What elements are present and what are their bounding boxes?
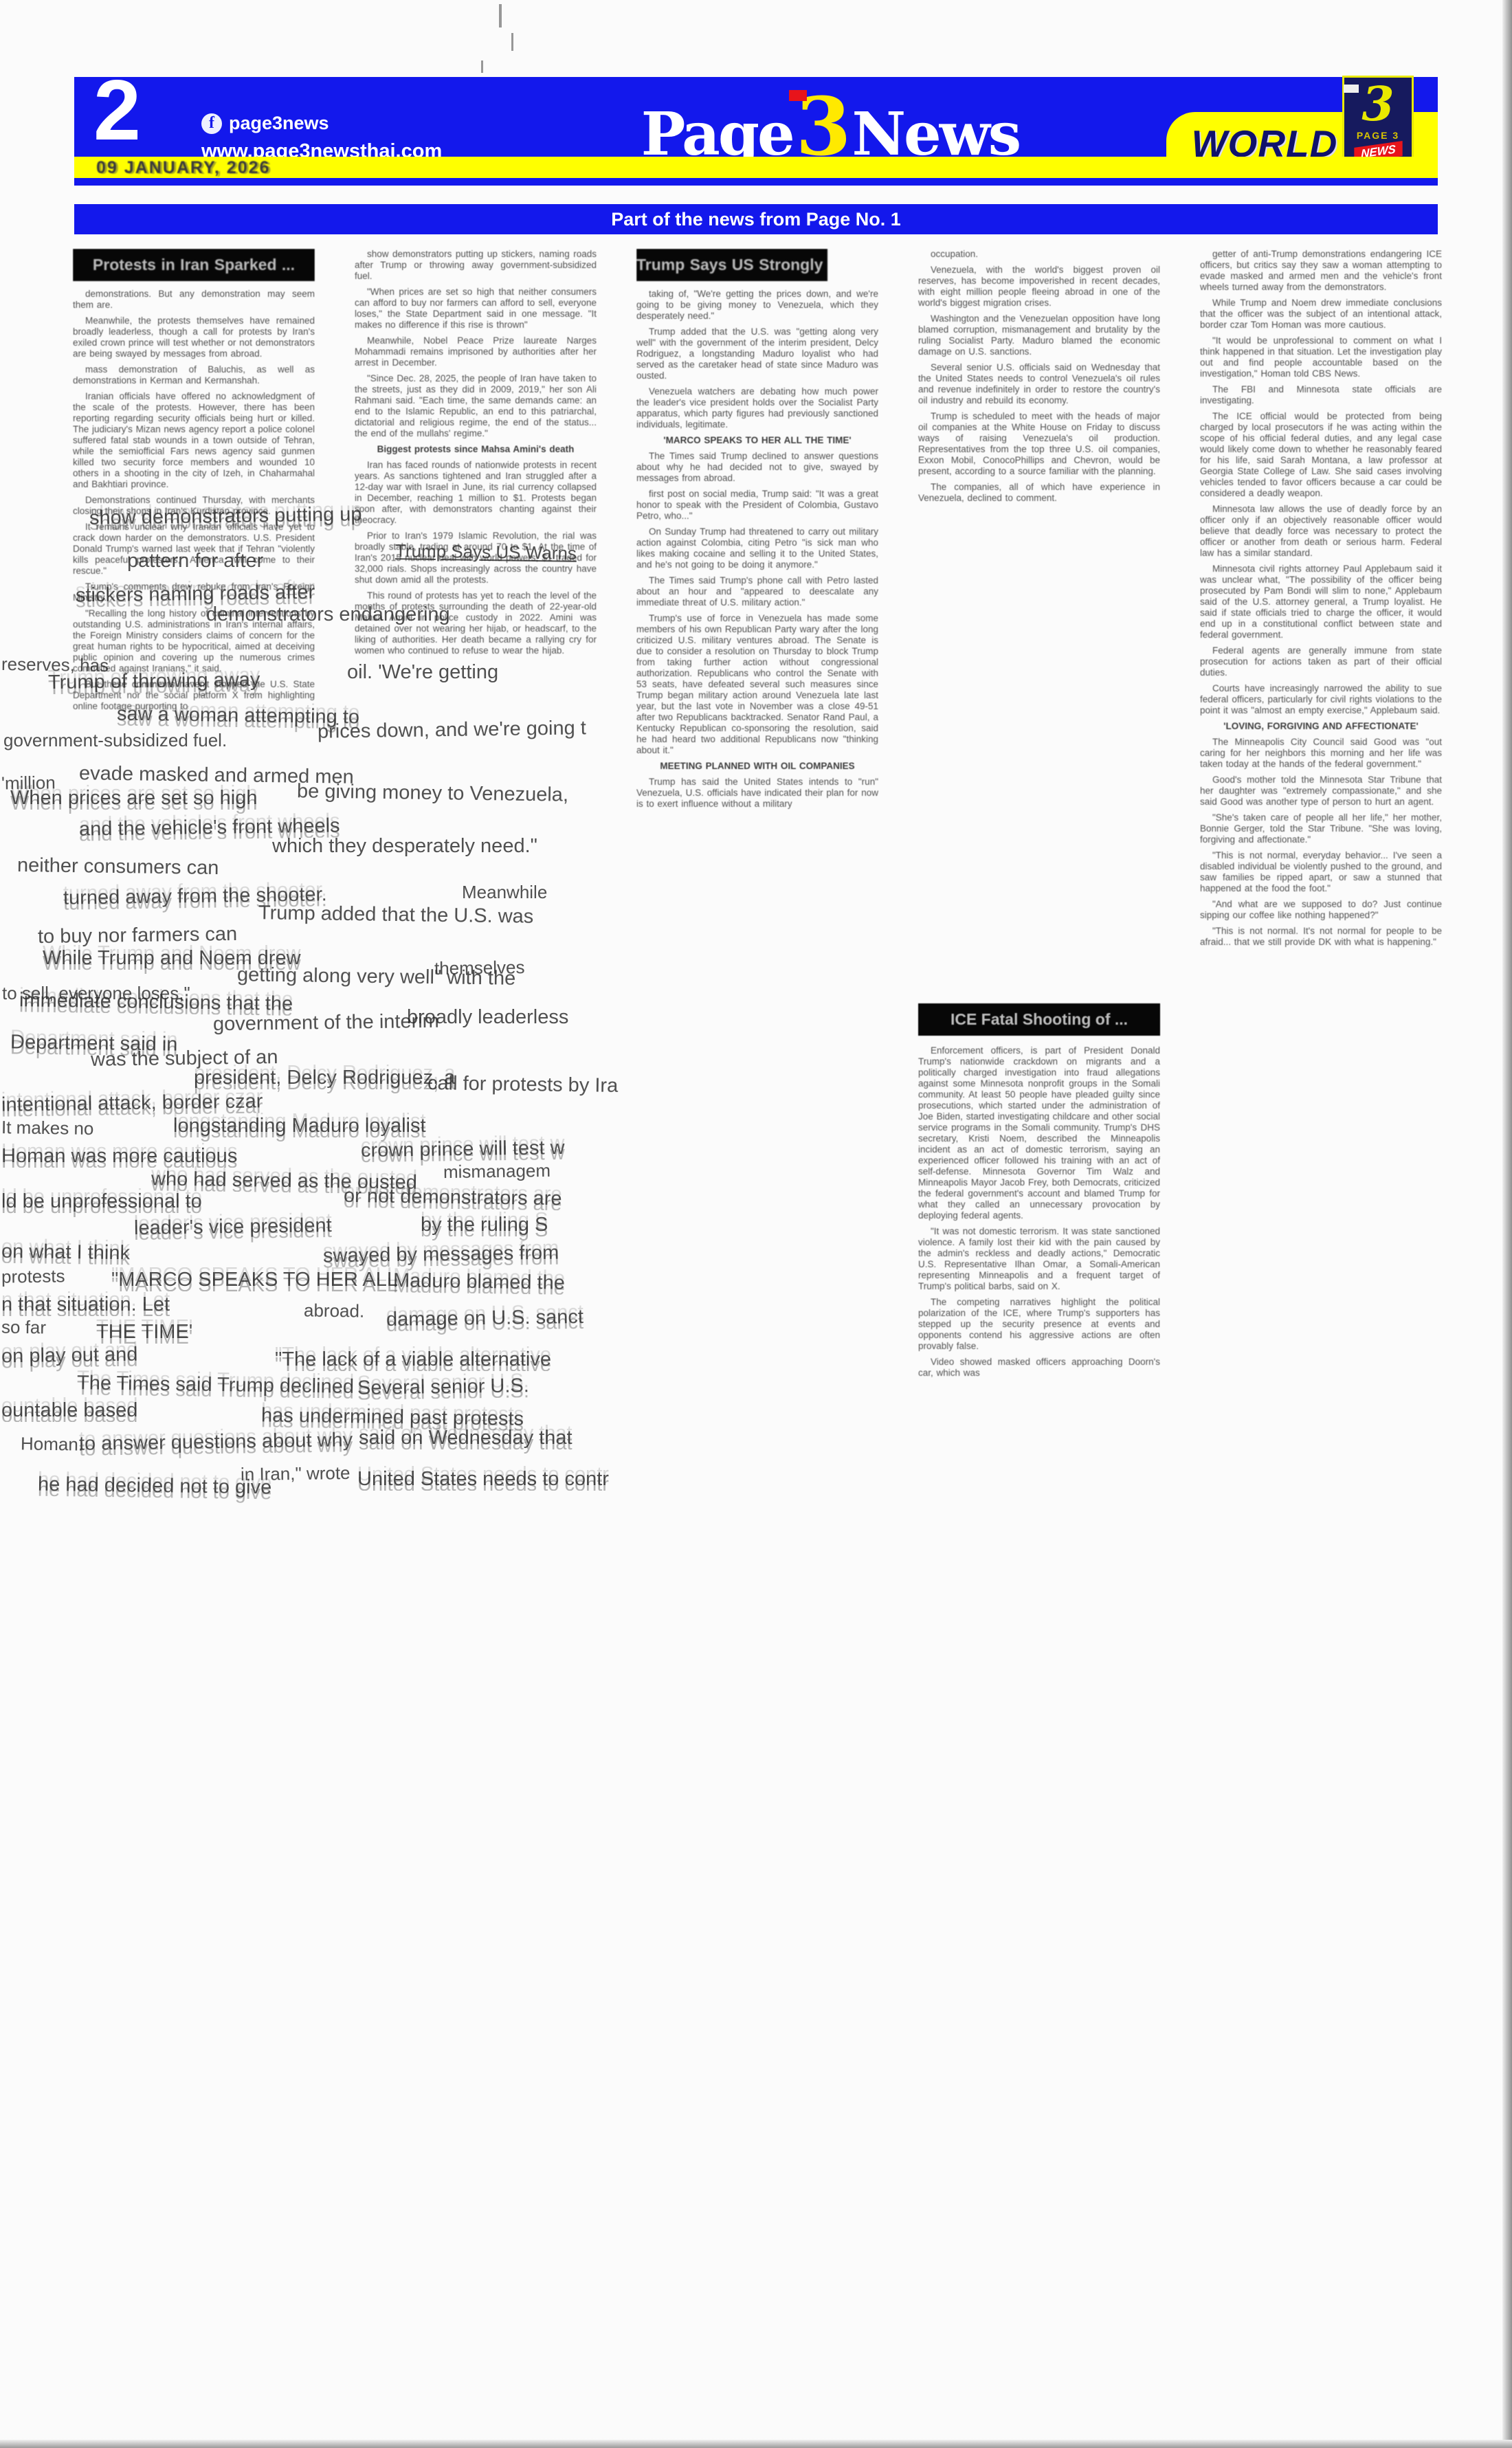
facebook-icon: f bbox=[201, 113, 222, 134]
column-4-bottom: Enforcement officers, is part of Preside… bbox=[918, 1045, 1160, 2419]
paragraph: On Sunday Trump had threatened to carry … bbox=[636, 526, 878, 570]
logo-red-flag bbox=[789, 90, 807, 101]
column-4-top-text: occupation.Venezuela, with the world's b… bbox=[918, 249, 1160, 504]
paragraph: Several senior U.S. officials said on We… bbox=[918, 362, 1160, 406]
paragraph: It remains unclear why Iranian officials… bbox=[73, 522, 315, 577]
glitch-text-fragment: 'million bbox=[1, 772, 56, 794]
badge-flag bbox=[1344, 85, 1359, 93]
column-1-text: demonstrations. But any demonstration ma… bbox=[73, 289, 315, 712]
paragraph: "Recalling the long history of criminal … bbox=[73, 608, 315, 674]
paragraph: Trump's comments drew rebuke from Iran's… bbox=[73, 581, 315, 603]
paragraph: Washington and the Venezuelan opposition… bbox=[918, 313, 1160, 357]
column-1: Protests in Iran Sparked ... demonstrati… bbox=[73, 249, 315, 2419]
paragraph: The Times said Trump declined to answer … bbox=[636, 451, 878, 484]
paragraph: Biggest protests since Mahsa Amini's dea… bbox=[355, 444, 597, 455]
paragraph: Video showed masked officers approaching… bbox=[918, 1357, 1160, 1379]
paragraph: MEETING PLANNED WITH OIL COMPANIES bbox=[636, 761, 878, 772]
paragraph: "When prices are set so high that neithe… bbox=[355, 287, 597, 331]
paragraph: "This is not normal, everyday behavior..… bbox=[1200, 850, 1442, 894]
paragraph: Trump's use of force in Venezuela has ma… bbox=[636, 613, 878, 756]
column-3-text: taking of, "We're getting the prices dow… bbox=[636, 289, 878, 810]
date-strip: 09 JANUARY, 2026 bbox=[74, 157, 1438, 178]
scan-artifact bbox=[511, 33, 513, 51]
page-edge-bottom bbox=[0, 2440, 1512, 2448]
column-2-text: show demonstrators putting up stickers, … bbox=[355, 249, 597, 656]
paragraph: "It was not domestic terrorism. It was s… bbox=[918, 1226, 1160, 1292]
paragraph: Enforcement officers, is part of Preside… bbox=[918, 1045, 1160, 1221]
paragraph: Trump has said the United States intends… bbox=[636, 777, 878, 810]
paragraph: demonstrations. But any demonstration ma… bbox=[73, 289, 315, 311]
paragraph: mass demonstration of Baluchis, as well … bbox=[73, 364, 315, 386]
paragraph: 'LOVING, FORGIVING AND AFFECTIONATE' bbox=[1200, 721, 1442, 732]
paragraph: Meanwhile, the protests themselves have … bbox=[73, 315, 315, 359]
page-number: 2 bbox=[93, 62, 141, 159]
paragraph: show demonstrators putting up stickers, … bbox=[355, 249, 597, 282]
issue-date: 09 JANUARY, 2026 bbox=[96, 158, 270, 178]
paragraph: The FBI and Minnesota state officials ar… bbox=[1200, 384, 1442, 406]
glitch-text-fragment: protests bbox=[1, 1265, 65, 1287]
paragraph: Iranian officials have offered no acknow… bbox=[73, 391, 315, 490]
glitch-text-fragment: so far bbox=[1, 1317, 46, 1339]
scan-artifact bbox=[481, 60, 483, 73]
paragraph: Minnesota law allows the use of deadly f… bbox=[1200, 504, 1442, 559]
paragraph: "This is not normal. It's not normal for… bbox=[1200, 926, 1442, 948]
paragraph: Courts have increasingly narrowed the ab… bbox=[1200, 683, 1442, 716]
paragraph: Iran has faced rounds of nationwide prot… bbox=[355, 460, 597, 526]
paragraph: occupation. bbox=[918, 249, 1160, 260]
paragraph: The competing narratives highlight the p… bbox=[918, 1297, 1160, 1352]
paragraph: "It would be unprofessional to comment o… bbox=[1200, 335, 1442, 379]
paragraph: 'MARCO SPEAKS TO HER ALL THE TIME' bbox=[636, 435, 878, 446]
paragraph: taking of, "We're getting the prices dow… bbox=[636, 289, 878, 322]
paragraph: While Trump and Noem drew immediate conc… bbox=[1200, 298, 1442, 331]
continuation-strapline: Part of the news from Page No. 1 bbox=[74, 204, 1438, 234]
facebook-handle: page3news bbox=[229, 113, 329, 134]
paragraph: Demonstrations continued Thursday, with … bbox=[73, 495, 315, 517]
page-edge-right bbox=[1502, 0, 1512, 2448]
paragraph: Good's mother told the Minnesota Star Tr… bbox=[1200, 775, 1442, 808]
paragraph: first post on social media, Trump said: … bbox=[636, 489, 878, 522]
paragraph: Trump added that the U.S. was "getting a… bbox=[636, 326, 878, 381]
paragraph: This round of protests has yet to reach … bbox=[355, 590, 597, 656]
paragraph: The Times said Trump's phone call with P… bbox=[636, 575, 878, 608]
headline-iran-protests: Protests in Iran Sparked ... bbox=[73, 249, 315, 281]
paragraph: Venezuela, with the world's biggest prov… bbox=[918, 265, 1160, 309]
paragraph: "Since Dec. 28, 2025, the people of Iran… bbox=[355, 373, 597, 439]
paragraph: Prior to Iran's 1979 Islamic Revolution,… bbox=[355, 531, 597, 586]
paragraph: Minnesota civil rights attorney Paul App… bbox=[1200, 564, 1442, 641]
scan-artifact bbox=[499, 4, 502, 27]
paragraph: getter of anti-Trump demonstrations enda… bbox=[1200, 249, 1442, 293]
paragraph: Venezuela watchers are debating how much… bbox=[636, 386, 878, 430]
paragraph: Meanwhile, Nobel Peace Prize laureate Na… bbox=[355, 335, 597, 368]
column-4-top: occupation.Venezuela, with the world's b… bbox=[918, 249, 1160, 995]
paragraph: Trump is scheduled to meet with the head… bbox=[918, 411, 1160, 477]
badge-digit-3: 3 bbox=[1361, 78, 1394, 131]
column-5: getter of anti-Trump demonstrations enda… bbox=[1200, 249, 1442, 2419]
newspaper-page: 2 f page3news www.page3newsthai.com Page… bbox=[0, 0, 1512, 2448]
column-2: show demonstrators putting up stickers, … bbox=[355, 249, 597, 2419]
paragraph: The companies, all of which have experie… bbox=[918, 482, 1160, 504]
paragraph: "And what are we supposed to do? Just co… bbox=[1200, 899, 1442, 921]
paragraph: Federal agents are generally immune from… bbox=[1200, 645, 1442, 678]
paragraph: The Minneapolis City Council said Good w… bbox=[1200, 737, 1442, 770]
paragraph: The ICE official would be protected from… bbox=[1200, 411, 1442, 499]
column-4-bottom-text: Enforcement officers, is part of Preside… bbox=[918, 1045, 1160, 1379]
paragraph: But these comments haven't stopped the U… bbox=[73, 679, 315, 712]
headline-ice-shooting: ICE Fatal Shooting of ... bbox=[918, 1003, 1160, 1036]
column-3: Trump Says US Strongly ... taking of, "W… bbox=[636, 249, 878, 2419]
paragraph: "She's taken care of people all her life… bbox=[1200, 812, 1442, 845]
column-5-text: getter of anti-Trump demonstrations enda… bbox=[1200, 249, 1442, 948]
divider-strip bbox=[74, 178, 1438, 186]
facebook-row: f page3news bbox=[201, 113, 329, 134]
headline-trump-us: Trump Says US Strongly ... bbox=[636, 249, 827, 281]
